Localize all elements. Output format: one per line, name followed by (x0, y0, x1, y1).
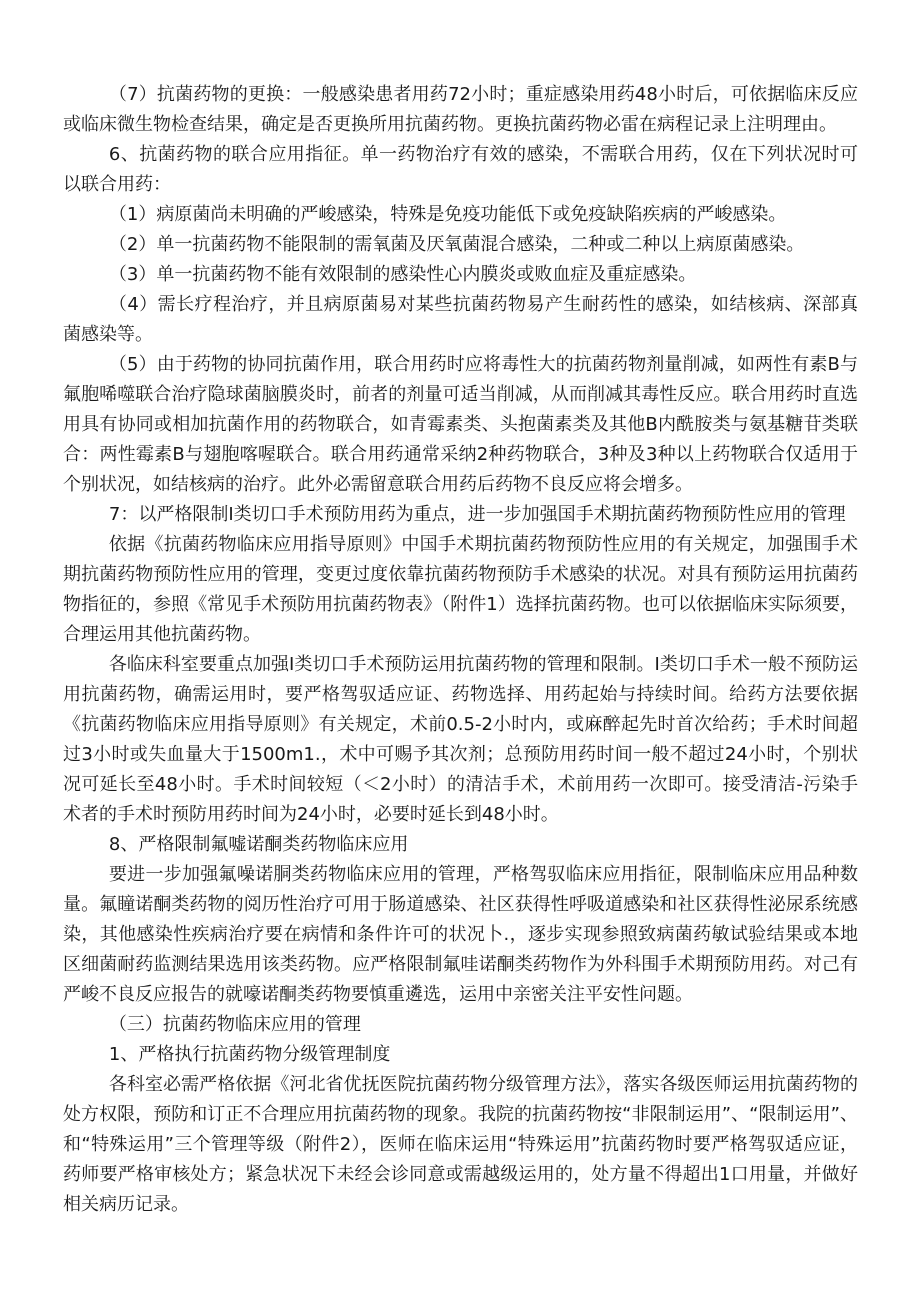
paragraph-tiered-management-detail: 各科室必需严格依据《河北省优抚医院抗菌药物分级管理方法》，落实各级医师运用抗菌药… (63, 1070, 858, 1220)
paragraph-item-5: （5）由于药物的协同抗菌作用，联合用药时应将毒性大的抗菌药物剂量削减，如两性有素… (63, 350, 858, 500)
heading-8-fluoroquinolone-restriction: 8、严格限制氟嘘诺酮类药物临床应用 (63, 830, 858, 860)
heading-1-tiered-management: 1、严格执行抗菌药物分级管理制度 (63, 1040, 858, 1070)
heading-7-incision-prophylaxis: 7：以严格限制I类切口手术预防用药为重点，进一步加强国手术期抗菌药物预防性应用的… (63, 500, 858, 530)
paragraph-clinical-departments: 各临床科室要重点加强I类切口手术预防运用抗菌药物的管理和限制。I类切口手术一般不… (63, 650, 858, 830)
paragraph-item-2: （2）单一抗菌药物不能限制的需氧菌及厌氧菌混合感染，二种或二种以上病原菌感染。 (63, 230, 858, 260)
heading-section-3-management: （三）抗菌药物临床应用的管理 (63, 1010, 858, 1040)
paragraph-fluoroquinolone-management: 要进一步加强氟噪诺胴类药物临床应用的管理，严格驾驭临床应用指征，限制临床应用品种… (63, 860, 858, 1010)
paragraph-item-4: （4）需长疗程治疗，并且病原菌易对某些抗菌药物易产生耐药性的感染，如结核病、深部… (63, 290, 858, 350)
paragraph-item-3: （3）单一抗菌药物不能有效限制的感染性心内膜炎或败血症及重症感染。 (63, 260, 858, 290)
document-page: （7）抗菌药物的更换：一般感染患者用药72小时；重症感染用药48小时后，可依据临… (0, 0, 920, 1301)
paragraph-guideline-basis: 依据《抗菌药物临床应用指导原则》中国手术期抗菌药物预防性应用的有关规定，加强围手… (63, 530, 858, 650)
paragraph-6-combination-indication: 6、抗菌药物的联合应用指征。单一药物治疗有效的感染，不需联合用药，仅在下列状况时… (63, 140, 858, 200)
paragraph-item-1: （1）病原菌尚未明确的严峻感染，特殊是免疫功能低下或免疫缺陷疾病的严峻感染。 (63, 200, 858, 230)
paragraph-7-drug-replacement: （7）抗菌药物的更换：一般感染患者用药72小时；重症感染用药48小时后，可依据临… (63, 80, 858, 140)
